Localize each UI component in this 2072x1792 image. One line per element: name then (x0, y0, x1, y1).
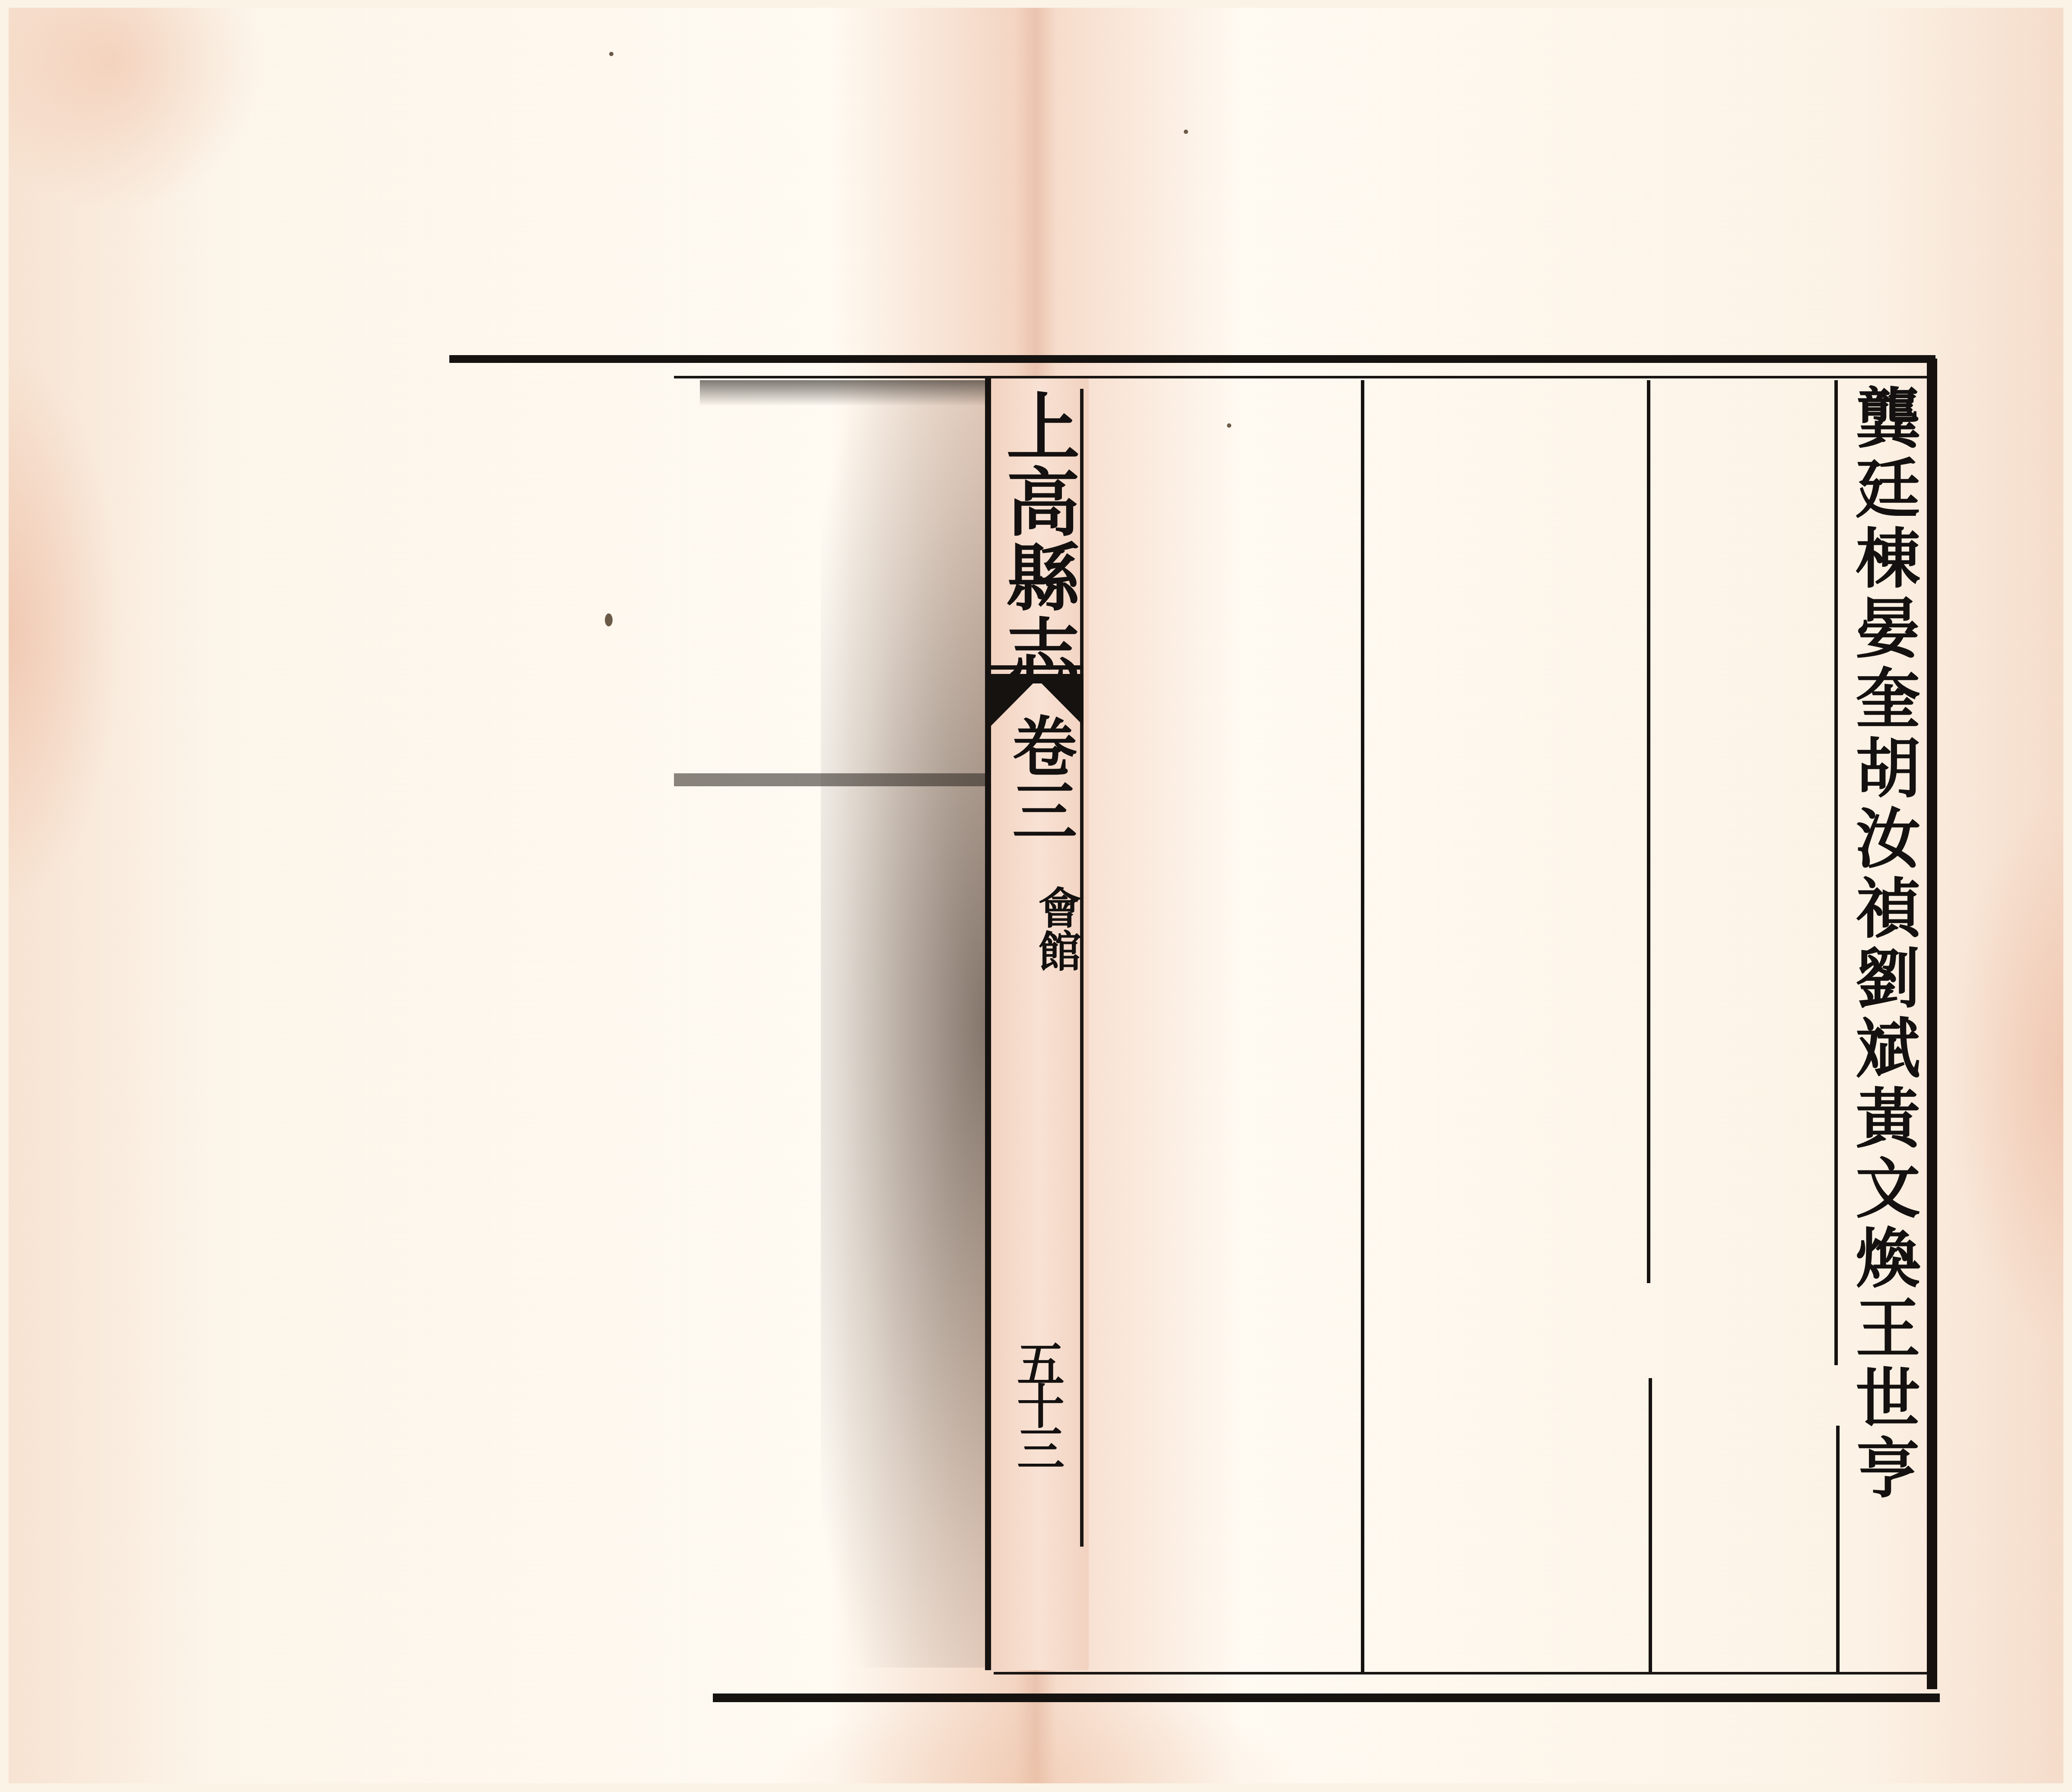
frame-right-border (1927, 359, 1937, 1689)
spine-divider (991, 665, 1084, 670)
ink-bleed-mid (674, 773, 985, 786)
frame-top-border (449, 355, 1935, 363)
paper-speck (605, 613, 613, 626)
frame-top-inner-border (674, 376, 1927, 378)
juan-label: 卷三 (998, 713, 1080, 842)
names-column: 龔廷棟晏奎胡汝禎劉斌黃文煥王世亨 (1841, 384, 1923, 1504)
column-rule (1649, 1378, 1652, 1672)
column-rule (1361, 380, 1364, 1672)
ink-bleed (821, 380, 985, 1668)
column-rule (1834, 380, 1838, 1365)
frame-bottom-border (713, 1694, 1940, 1702)
paper-speck (609, 52, 613, 56)
block-heart-left-border (985, 378, 991, 1670)
page-number: 五十三 (994, 1339, 1080, 1466)
book-title: 上高縣志 (994, 389, 1080, 689)
column-rule (1647, 380, 1650, 1283)
section-label: 會館 (1033, 886, 1080, 972)
frame-bottom-inner-border (994, 1672, 1927, 1674)
paper-speck (1184, 130, 1188, 134)
paper-speck (1227, 423, 1231, 428)
column-rule (1836, 1426, 1840, 1672)
ink-bleed-top (700, 380, 985, 406)
